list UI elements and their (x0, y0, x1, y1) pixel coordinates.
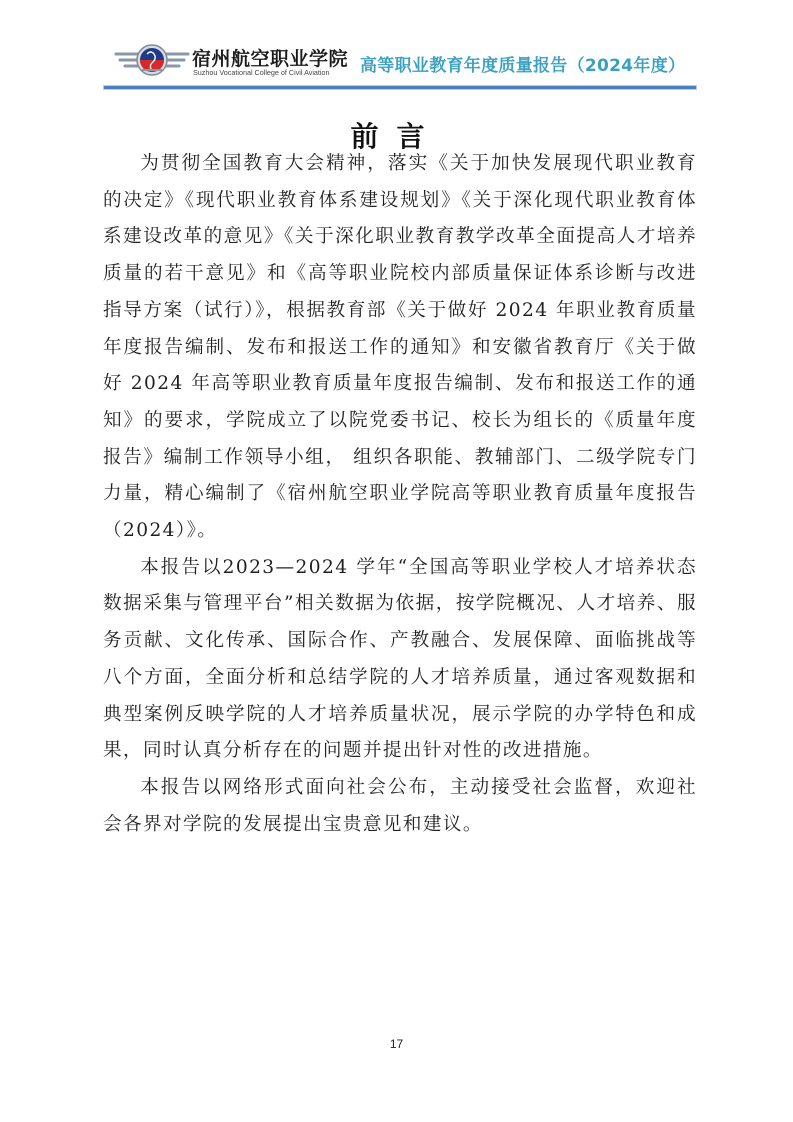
school-name-en: Suzhou Vocational College of Civil Aviat… (193, 68, 330, 77)
paragraph: 本报告以2023—2024 学年“全国高等职业学校人才培养状态数据采集与管理平台… (103, 550, 697, 770)
header-divider (104, 86, 696, 89)
school-name-cn: 宿州航空职业学院 (192, 44, 348, 71)
paragraph: 本报告以网络形式面向社会公布，主动接受社会监督，欢迎社会各界对学院的发展提出宝贵… (103, 770, 697, 843)
document-body: 为贯彻全国教育大会精神，落实《关于加快发展现代职业教育的决定》《现代职业教育体系… (103, 146, 697, 843)
winged-emblem-icon (112, 42, 192, 78)
page-header: 宿州航空职业学院 Suzhou Vocational College of Ci… (104, 40, 700, 88)
report-title: 高等职业教育年度质量报告（2024年度） (360, 51, 685, 76)
paragraph: 为贯彻全国教育大会精神，落实《关于加快发展现代职业教育的决定》《现代职业教育体系… (103, 146, 697, 550)
page-number: 17 (0, 1037, 793, 1051)
